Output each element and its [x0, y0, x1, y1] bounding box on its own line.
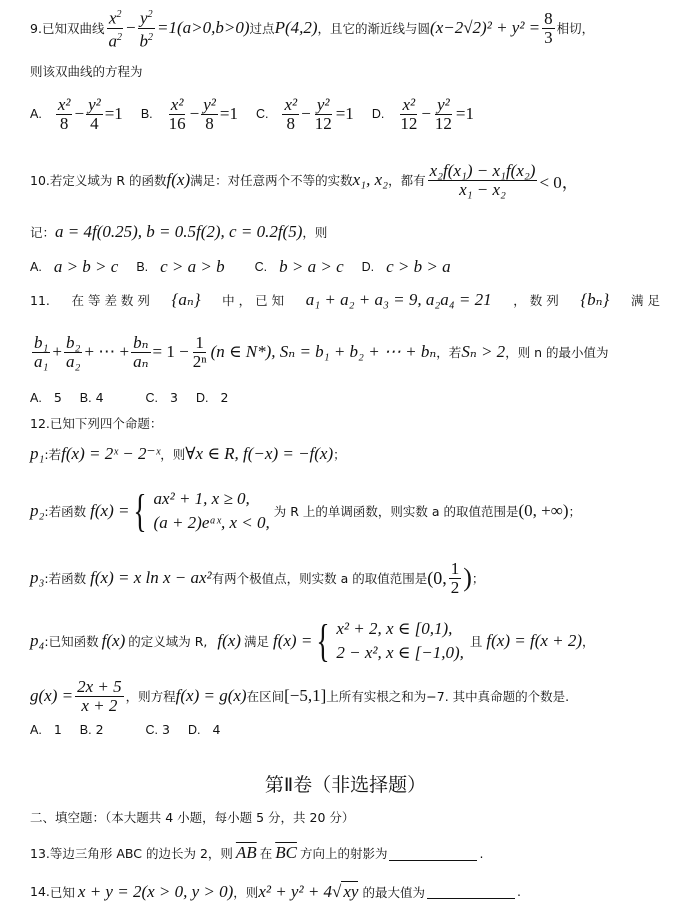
q12-option-b[interactable]: B.2	[80, 722, 104, 737]
p4-text3: 满足	[244, 632, 269, 650]
p1-text2: ，则	[160, 445, 185, 463]
p3-text2: 有两个极值点，则实数 a 的取值范围是	[212, 569, 428, 587]
q13-answer-blank[interactable]	[389, 846, 477, 861]
p2-range: (0, +∞)	[518, 501, 568, 521]
q12-p2: p₂ :若函数 f(x) = { ax² + 1, x ≥ 0, (a + 2)…	[30, 484, 581, 538]
q11-text1: 在 等 差 数 列	[72, 291, 150, 309]
p3-math1: f(x) = x ln x − ax²	[90, 568, 212, 588]
q14-number: 14.	[30, 884, 50, 899]
q11-text6: ，则 n 的最小值为	[505, 343, 608, 361]
q14-end: .	[517, 884, 521, 899]
q10-definitions: a = 4f(0.25), b = 0.5f(2), c = 0.2f(5)	[55, 222, 302, 242]
q12-p4-line2: g(x) = 2x + 5x + 2 ，则方程 f(x) = g(x) 在区间 …	[30, 676, 569, 716]
q10-text1: 若定义域为 R 的函数	[50, 171, 167, 189]
q13-text3: 方向上的射影为	[300, 844, 388, 862]
p3-end: ；	[472, 569, 485, 587]
p2-text2: 为 R 上的单调函数，则实数 a 的取值范围是	[274, 502, 519, 520]
q14-text3: 的最大值为	[362, 883, 425, 901]
q9-frac-y: y2 b2	[138, 6, 156, 50]
q13-text1: 等边三角形 ABC 的边长为 2，则	[50, 844, 233, 862]
q11-text4: 满 足	[631, 291, 660, 309]
p1-math2: ∀x ∈ R, f(−x) = −f(x)	[185, 444, 333, 464]
p4-text2: 的定义域为 R,	[128, 632, 207, 650]
q11-option-c[interactable]: C.3	[146, 390, 178, 405]
p2-label: p₂	[30, 501, 44, 521]
q11-options: A.5 B.4 C.3 D.2	[30, 390, 246, 405]
q11-option-b[interactable]: B.4	[80, 390, 104, 405]
q9-condition: =1(a>0,b>0)	[157, 18, 250, 38]
q12-option-c[interactable]: C.3	[146, 722, 170, 737]
q13-number: 13.	[30, 846, 50, 861]
q9-point: P(4,2)	[275, 18, 318, 38]
p4-text7: 上所有实根之和为−7. 其中真命题的个数是.	[326, 687, 569, 705]
p4-math2: f(x) = f(x + 2)	[486, 631, 582, 651]
q9-circle: (x−2√2)² + y² =	[430, 18, 540, 38]
q9-line2: 则该双曲线的方程为	[30, 62, 143, 80]
q12-number: 12.	[30, 416, 50, 431]
p4-text4: 且	[470, 632, 483, 650]
q14-answer-blank[interactable]	[427, 884, 515, 899]
q10-line2: 记： a = 4f(0.25), b = 0.5f(2), c = 0.2f(5…	[30, 222, 327, 242]
q13-line: 13. 等边三角形 ABC 的边长为 2，则 AB 在 BC 方向上的射影为 .	[30, 843, 483, 863]
q10-option-d[interactable]: D.c > b > a	[362, 257, 451, 277]
q9-text2: 过点	[250, 19, 275, 37]
p4-fx2: f(x)	[217, 631, 241, 651]
q10-text2: 满足：对任意两个不等的实数	[190, 171, 353, 189]
p3-range-close: )	[463, 563, 472, 593]
q11-text3: ， 数 列	[513, 291, 558, 309]
q10-text3: ，都有	[388, 171, 426, 189]
p1-end: ；	[333, 445, 346, 463]
section-subtitle: 二、填空题：（本大题共 4 小题，每小题 5 分，共 20 分）	[30, 808, 354, 826]
q11-condition: a₁ + a₂ + a₃ = 9, a₂a₄ = 21	[306, 290, 492, 310]
p4-text6: 在区间	[247, 687, 285, 705]
p2-text1: :若函数	[44, 502, 86, 520]
q14-text1: 已知	[50, 883, 75, 901]
vector-ab: AB	[236, 843, 257, 863]
q10-frac: x₂f(x₁) − x₁f(x₂) x₁ − x₂	[428, 162, 538, 199]
p2-end: ；	[569, 502, 582, 520]
p3-text1: :若函数	[44, 569, 86, 587]
q10-number: 10.	[30, 173, 50, 188]
q10-option-c[interactable]: C.b > a > c	[255, 257, 344, 277]
q14-text2: ，则	[233, 883, 258, 901]
q12-p4: p₄ :已知函数 f(x) 的定义域为 R, f(x) 满足 f(x) = { …	[30, 614, 595, 668]
q11-option-a[interactable]: A.5	[30, 390, 62, 405]
q13-end: .	[479, 846, 483, 861]
p4-end: ，	[582, 632, 595, 650]
q9-frac-x: x2 a2	[106, 6, 124, 50]
p4-math1: f(x) =	[273, 631, 312, 651]
p1-label: p₁	[30, 444, 44, 464]
q12-options: A.1 B.2 C.3 D.4	[30, 722, 238, 737]
q9-line1: 9. 已知双曲线 x2 a2 − y2 b2 =1(a>0,b>0) 过点 P(…	[30, 8, 594, 48]
q9-circle-frac: 8 3	[542, 10, 555, 47]
p1-math1: f(x) = 2ˣ − 2⁻ˣ	[61, 444, 160, 464]
p4-eq: f(x) = g(x)	[176, 686, 247, 706]
p1-text1: :若	[44, 445, 61, 463]
q13-text2: 在	[260, 844, 273, 862]
q10-option-b[interactable]: B.c > a > b	[136, 257, 224, 277]
p2-piecewise: { ax² + 1, x ≥ 0, (a + 2)eᵃˣ, x < 0,	[129, 487, 269, 535]
p4-text1: :已知函数	[44, 632, 98, 650]
q12-option-a[interactable]: A.1	[30, 722, 62, 737]
q9-options: A. x²8 − y²4 =1 B. x²16 − y²8 =1 C. x²8 …	[30, 94, 492, 134]
q9-text1: 已知双曲线	[42, 19, 105, 37]
section-title: 第Ⅱ卷（非选择题）	[0, 770, 691, 797]
q11-line2: b₁a₁ + b₂a₂ + ⋯ + bₙaₙ = 1 − 12ⁿ (n ∈ N*…	[30, 332, 609, 372]
q10-options: A.a > b > c B.c > a > b C.b > a > c D.c …	[30, 257, 469, 277]
q12-intro-text: 已知下列四个命题：	[50, 414, 163, 432]
q11-line1: 11. 在 等 差 数 列 {aₙ} 中 ， 已 知 a₁ + a₂ + a₃ …	[30, 290, 660, 310]
q12-p1: p₁ :若 f(x) = 2ˣ − 2⁻ˣ ，则 ∀x ∈ R, f(−x) =…	[30, 444, 346, 464]
q9-text3: ，且它的渐近线与圆	[318, 19, 431, 37]
p3-range-open: (0,	[427, 568, 447, 589]
q9-option-b[interactable]: B. x²16 − y²8 =1	[141, 96, 238, 133]
q10-line1: 10. 若定义域为 R 的函数 f(x) 满足：对任意两个不等的实数 x₁, x…	[30, 160, 579, 200]
q10-option-a[interactable]: A.a > b > c	[30, 257, 118, 277]
p4-text5: ，则方程	[126, 687, 176, 705]
q11-cond2: Sₙ > 2	[461, 342, 505, 362]
q12-intro: 12. 已知下列四个命题：	[30, 414, 162, 432]
p4-fx: f(x)	[102, 631, 126, 651]
q12-p3: p₃ :若函数 f(x) = x ln x − ax² 有两个极值点，则实数 a…	[30, 558, 484, 598]
q11-sum-def: (n ∈ N*), Sₙ = b₁ + b₂ + ⋯ + bₙ	[211, 342, 437, 362]
q10-ineq: < 0，	[539, 168, 578, 193]
q11-option-d[interactable]: D.2	[196, 390, 228, 405]
p4-label: p₄	[30, 631, 44, 651]
p2-math1: f(x) =	[90, 501, 129, 521]
q11-text5: ，若	[436, 343, 461, 361]
q9-option-a[interactable]: A. x²8 − y²4 =1	[30, 96, 123, 133]
p3-label: p₃	[30, 568, 44, 588]
q9-number: 9.	[30, 21, 42, 36]
q10-vars: x₁, x₂	[353, 170, 388, 190]
q9-option-d[interactable]: D. x²12 − y²12 =1	[372, 96, 474, 133]
q12-option-d[interactable]: D.4	[188, 722, 220, 737]
q10-fx: f(x)	[167, 170, 191, 190]
q10-end: ，则	[302, 223, 327, 241]
vector-bc: BC	[275, 843, 297, 863]
p4-g-lhs: g(x) =	[30, 686, 73, 706]
q14-line: 14. 已知 x + y = 2(x > 0, y > 0) ，则 x² + y…	[30, 881, 521, 902]
p4-interval: [−5,1]	[284, 686, 326, 706]
q10-label: 记：	[30, 223, 55, 241]
q14-sqrt: xy	[341, 881, 358, 902]
p4-piecewise: { x² + 2, x ∈ [0,1), 2 − x², x ∈ [−1,0),	[312, 617, 464, 665]
q14-expr: x² + y² + 4	[258, 882, 332, 902]
q11-seq-b: {bₙ}	[580, 290, 609, 310]
q11-text2: 中 ， 已 知	[222, 291, 284, 309]
q14-condition: x + y = 2(x > 0, y > 0)	[78, 882, 233, 902]
q11-seq-a: {aₙ}	[172, 290, 201, 310]
q11-number: 11.	[30, 293, 50, 308]
q9-text4: 相切，	[557, 19, 595, 37]
q9-option-c[interactable]: C. x²8 − y²12 =1	[256, 96, 354, 133]
